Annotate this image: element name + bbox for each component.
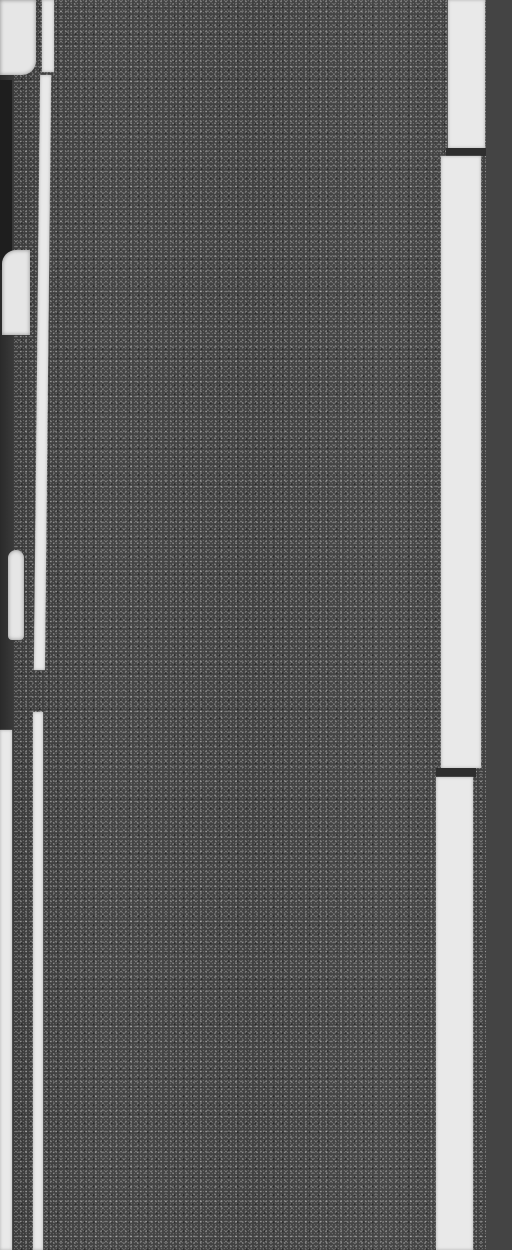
right-shoulder [486, 0, 512, 1250]
traffic-island-mid [2, 250, 30, 335]
left-lane-line-lower [33, 712, 43, 1250]
curb-shadow [0, 80, 12, 270]
right-lane-line-seg-3 [436, 777, 473, 1250]
left-edge-line [0, 730, 12, 1250]
right-lane-line-seg-1 [448, 0, 485, 148]
right-lane-line-gap-1 [446, 148, 486, 156]
left-lane-line-upper [42, 0, 54, 72]
right-lane-line-seg-2 [441, 156, 481, 768]
left-lane-line-mid [34, 75, 51, 670]
traffic-island-small [8, 550, 24, 640]
traffic-island-top [0, 0, 36, 75]
road-aerial-photo [0, 0, 512, 1250]
right-lane-line-gap-2 [436, 768, 476, 777]
